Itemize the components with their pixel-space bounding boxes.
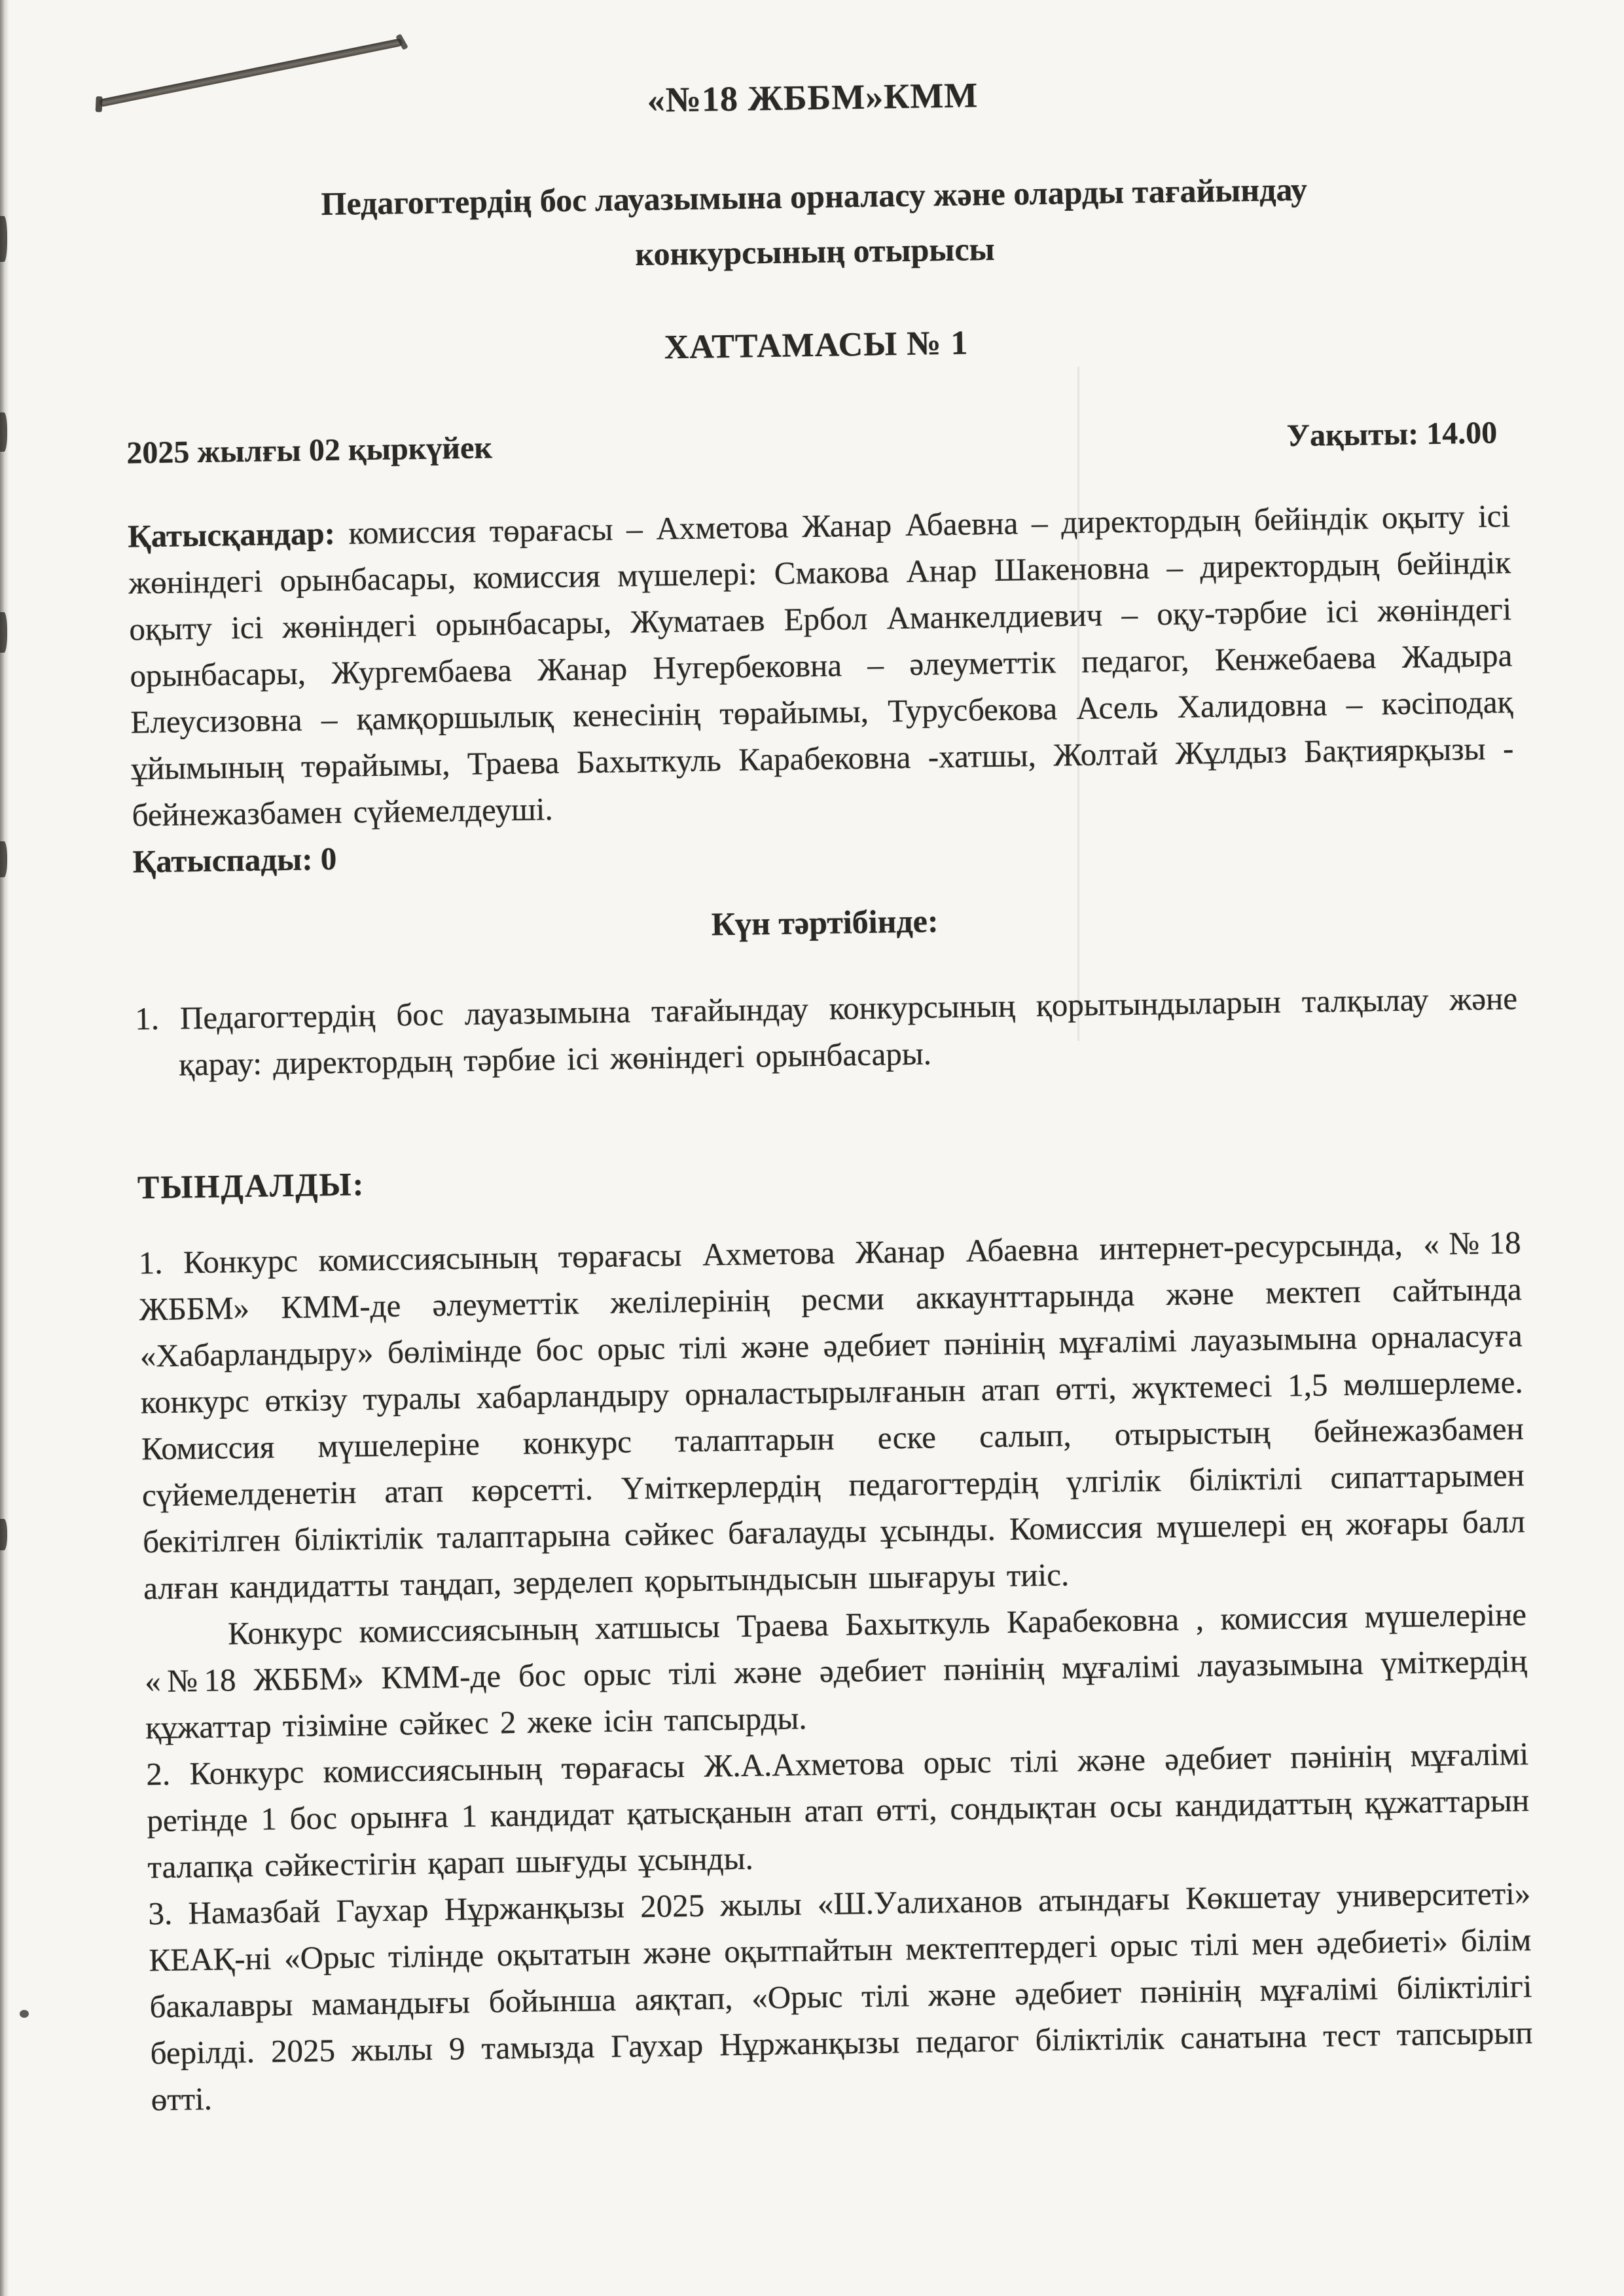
scan-speck (20, 2010, 29, 2018)
scan-blotch (0, 841, 7, 877)
document-content: «№18 ЖББМ»КММ Педагогтердің бос лауазымы… (121, 67, 1534, 2123)
meeting-subtitle: Педагогтердің бос лауазымына орналасу жә… (122, 158, 1506, 289)
meeting-time: Уақыты: 14.00 (1286, 415, 1497, 454)
absent-label: Қатыспады: (132, 841, 313, 879)
agenda-heading: Күн тәртібінде: (134, 889, 1517, 956)
scanned-document-page: «№18 ЖББМ»КММ Педагогтердің бос лауазымы… (0, 0, 1624, 2296)
scan-blotch (0, 216, 7, 262)
heard-heading: ТЫНДАЛДЫ: (137, 1144, 1521, 1211)
participants-text: комиссия төрағасы – Ахметова Жанар Абаев… (128, 498, 1514, 833)
heard-paragraph-4: 3. Намазбай Гаухар Нұржанқызы 2025 жылы … (148, 1870, 1534, 2123)
absent-value: 0 (320, 841, 336, 877)
heard-section: 1. Конкурс комиссиясының төрағасы Ахмето… (138, 1219, 1534, 2123)
org-title: «№18 ЖББМ»КММ (121, 67, 1504, 128)
heard-paragraph-2: Конкурс комиссиясының хатшысы Траева Бах… (144, 1591, 1528, 1751)
participants-paragraph: Қатысқандар: комиссия төрағасы – Ахметов… (128, 492, 1515, 838)
scan-edge-shadow (0, 0, 9, 2296)
heard-paragraph-1: 1. Конкурс комиссиясының төрағасы Ахмето… (138, 1219, 1526, 1611)
scan-blotch (0, 1519, 7, 1550)
protocol-title: ХАТТАМАСЫ № 1 (125, 316, 1508, 374)
participants-label: Қатысқандар: (128, 515, 335, 555)
agenda-item-1: 1. Педагогтердің бос лауазымына тағайынд… (135, 975, 1519, 1088)
scan-blotch (0, 612, 7, 653)
heard-paragraph-3: 2. Конкурс комиссиясының төрағасы Ж.А.Ах… (146, 1730, 1530, 1890)
meeting-date: 2025 жылғы 02 қыркүйек (126, 429, 492, 471)
scan-blotch (0, 412, 7, 452)
meta-row: 2025 жылғы 02 қыркүйек Уақыты: 14.00 (126, 414, 1509, 471)
